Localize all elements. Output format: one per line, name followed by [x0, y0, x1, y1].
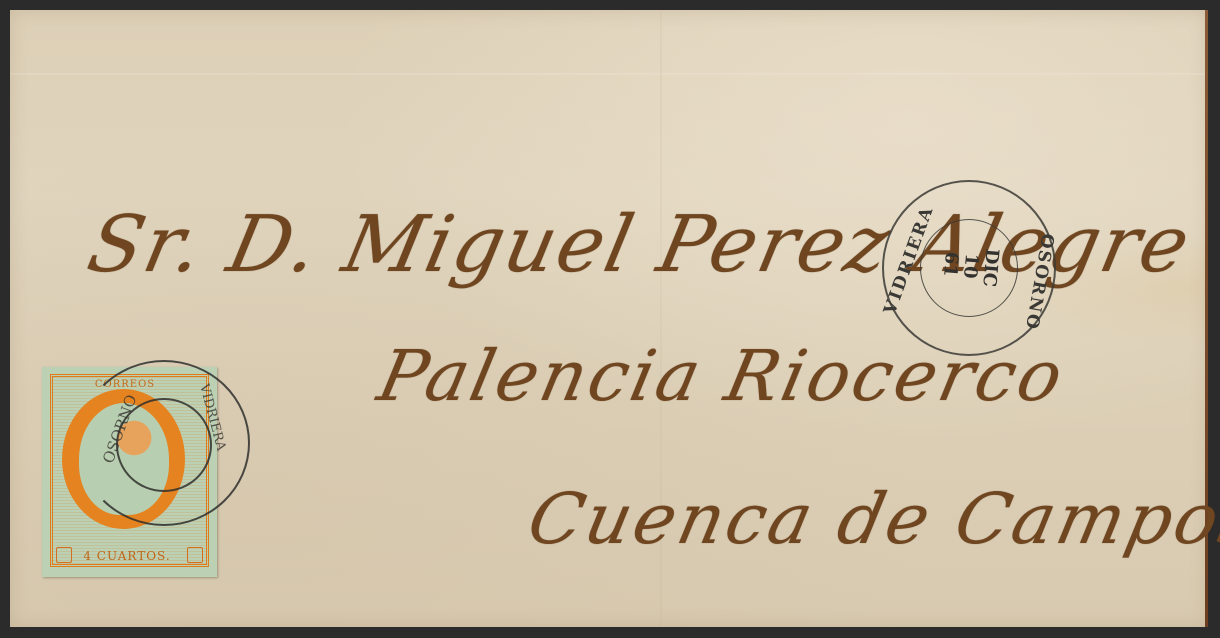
stamp-corner-ornament-icon	[56, 547, 72, 563]
stamp-denomination: 4 CUARTOS.	[72, 549, 182, 563]
address-line-region: Cuenca de Campos.	[521, 478, 1220, 560]
stamp-corner-ornament-icon	[187, 547, 203, 563]
postmark-date: DIC 10 61	[937, 229, 1003, 304]
paper-fold	[10, 73, 1208, 75]
